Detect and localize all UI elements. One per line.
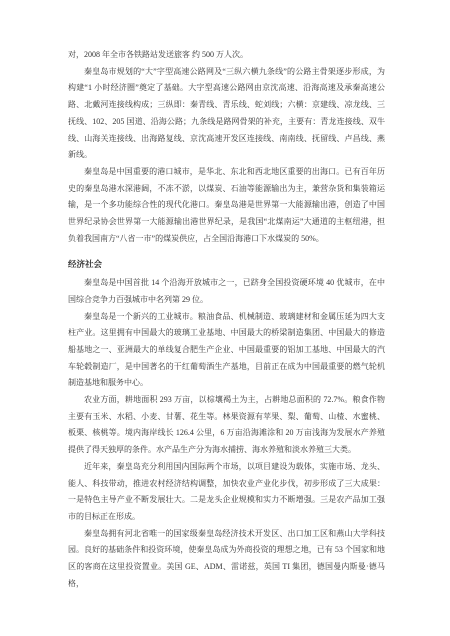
- paragraph: 近年来，秦皇岛充分利用国内国际两个市场，以项目建设为载体，实施市场、龙头、能人、…: [68, 459, 385, 526]
- paragraph: 秦皇岛是一个新兴的工业城市。粮油食品、机械制造、玻璃建材和金属压延为四大支柱产业…: [68, 309, 385, 393]
- paragraph: 秦皇岛是中国首批 14 个沿海开放城市之一，已跻身全国投资硬环境 40 优城市，…: [68, 275, 385, 308]
- document-page: 对，2008 年全市各铁路站发送旅客 约 500 万人次。秦皇岛市规划的“大”字…: [0, 0, 450, 636]
- document-body: 对，2008 年全市各铁路站发送旅客 约 500 万人次。秦皇岛市规划的“大”字…: [68, 47, 385, 593]
- section-heading: 经济社会: [68, 256, 385, 273]
- paragraph: 秦皇岛市规划的“大”字型高速公路网及“三纵六横九条线”的公路主骨架逐步形成，为构…: [68, 64, 385, 164]
- paragraph: 秦皇岛是中国重要的港口城市，是华北、东北和西北地区重要的出海口。已有百年历史的秦…: [68, 164, 385, 248]
- paragraph: 农业方面，耕地面积 293 万亩，以棕壤褐土为主，占耕地总面积的 72.7%。粮…: [68, 392, 385, 459]
- paragraph: 对，2008 年全市各铁路站发送旅客 约 500 万人次。: [68, 47, 385, 64]
- paragraph: 秦皇岛拥有河北省唯一的国家级秦皇岛经济技术开发区、出口加工区和燕山大学科技园。良…: [68, 526, 385, 593]
